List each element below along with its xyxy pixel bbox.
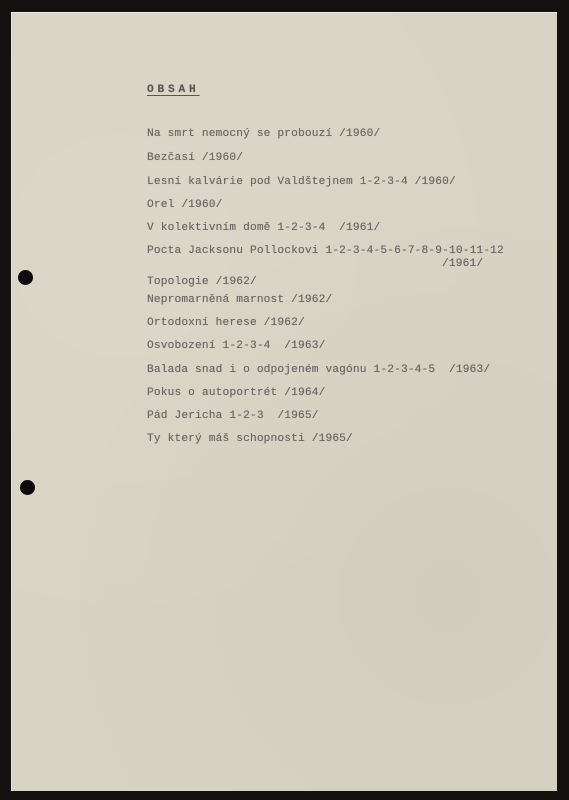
contents-entry: Bezčasí /1960/: [147, 152, 243, 165]
contents-entry: V kolektivním domě 1-2-3-4 /1961/: [147, 222, 380, 235]
contents-entry: Nepromarněná marnost /1962/: [147, 294, 332, 307]
contents-entry: Ty který máš schopnosti /1965/: [147, 433, 353, 446]
contents-entry: Pocta Jacksonu Pollockovi 1-2-3-4-5-6-7-…: [147, 245, 504, 258]
contents-entry: Topologie /1962/: [147, 276, 257, 289]
contents-entry: Osvobození 1-2-3-4 /1963/: [147, 340, 325, 353]
contents-entry: Pád Jericha 1-2-3 /1965/: [147, 410, 319, 423]
contents-entry: Balada snad i o odpojeném vagónu 1-2-3-4…: [147, 364, 490, 377]
contents-entry: Lesní kalvárie pod Valdštejnem 1-2-3-4 /…: [147, 176, 456, 189]
punch-hole-upper: [18, 270, 33, 285]
contents-entry: Ortodoxní herese /1962/: [147, 317, 305, 330]
contents-entry-continuation: /1961/: [442, 258, 483, 271]
contents-entry: Na smrt nemocný se probouzí /1960/: [147, 128, 380, 141]
contents-heading: OBSAH: [147, 84, 200, 97]
punch-hole-lower: [20, 480, 35, 495]
contents-entry: Pokus o autoportrét /1964/: [147, 387, 325, 400]
contents-entry: Orel /1960/: [147, 199, 223, 212]
